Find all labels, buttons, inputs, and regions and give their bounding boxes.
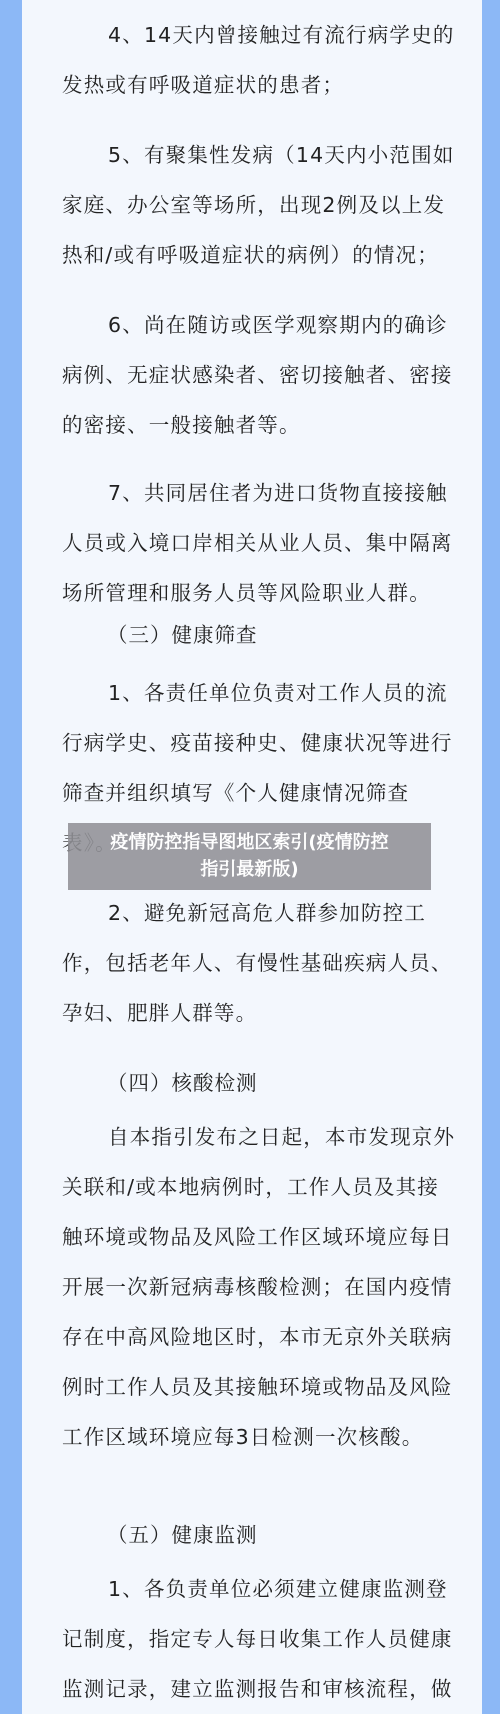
paragraph-item-5: 5、有聚集性发病（14天内小范围如 家庭、办公室等场所，出现2例及以上发 热和/… — [62, 130, 490, 280]
text-line: 发热或有呼吸道症状的患者； — [62, 60, 490, 110]
text-line: 触环境或物品及风险工作区域环境应每日 — [62, 1212, 490, 1262]
text-line: 开展一次新冠病毒核酸检测；在国内疫情 — [62, 1262, 490, 1312]
text-line: 孕妇、肥胖人群等。 — [62, 988, 490, 1038]
paragraph-monitoring-1: 1、各负责单位必须建立健康监测登 记制度，指定专人每日收集工作人员健康 监测记录… — [62, 1564, 490, 1714]
text-line: 病例、无症状感染者、密切接触者、密接 — [62, 350, 490, 400]
section-heading-3: （三）健康筛查 — [107, 610, 258, 660]
paragraph-nucleic-acid: 自本指引发布之日起，本市发现京外 关联和/或本地病例时，工作人员及其接 触环境或… — [62, 1112, 490, 1462]
text-line: 2、避免新冠高危人群参加防控工 — [62, 888, 490, 938]
section-heading-4: （四）核酸检测 — [107, 1058, 258, 1108]
text-line: 存在中高风险地区时，本市无京外关联病 — [62, 1312, 490, 1362]
text-line: 的密接、一般接触者等。 — [62, 400, 490, 450]
text-line: 1、各负责单位必须建立健康监测登 — [62, 1564, 490, 1614]
text-line: 作，包括老年人、有慢性基础疾病人员、 — [62, 938, 490, 988]
overlay-title-line-2: 指引最新版) — [68, 856, 431, 883]
section-heading-5: （五）健康监测 — [107, 1510, 258, 1560]
text-line: 监测记录，建立监测报告和审核流程，做 — [62, 1664, 490, 1714]
text-line: 5、有聚集性发病（14天内小范围如 — [62, 130, 490, 180]
text-line: 关联和/或本地病例时，工作人员及其接 — [62, 1162, 490, 1212]
paragraph-screening-2: 2、避免新冠高危人群参加防控工 作，包括老年人、有慢性基础疾病人员、 孕妇、肥胖… — [62, 888, 490, 1038]
text-line: 7、共同居住者为进口货物直接接触 — [62, 468, 490, 518]
text-line: 行病学史、疫苗接种史、健康状况等进行 — [62, 718, 490, 768]
text-line: 4、14天内曾接触过有流行病学史的 — [62, 10, 490, 60]
text-line: 筛查并组织填写《个人健康情况筛查 — [62, 768, 490, 818]
text-line: 家庭、办公室等场所，出现2例及以上发 — [62, 180, 490, 230]
text-line: 例时工作人员及其接触环境或物品及风险 — [62, 1362, 490, 1412]
paragraph-item-7: 7、共同居住者为进口货物直接接触 人员或入境口岸相关从业人员、集中隔离 场所管理… — [62, 468, 490, 618]
overlay-title-line-1: 疫情防控指导图地区索引(疫情防控 — [68, 829, 431, 856]
paragraph-item-4: 4、14天内曾接触过有流行病学史的 发热或有呼吸道症状的患者； — [62, 10, 490, 110]
text-line: 记制度，指定专人每日收集工作人员健康 — [62, 1614, 490, 1664]
text-line: 自本指引发布之日起，本市发现京外 — [62, 1112, 490, 1162]
text-line: 工作区域环境应每3日检测一次核酸。 — [62, 1412, 490, 1462]
text-line: 6、尚在随访或医学观察期内的确诊 — [62, 300, 490, 350]
paragraph-item-6: 6、尚在随访或医学观察期内的确诊 病例、无症状感染者、密切接触者、密接 的密接、… — [62, 300, 490, 450]
text-line: 1、各责任单位负责对工作人员的流 — [62, 668, 490, 718]
text-line: 人员或入境口岸相关从业人员、集中隔离 — [62, 518, 490, 568]
text-line: 热和/或有呼吸道症状的病例）的情况； — [62, 230, 490, 280]
title-overlay-banner: 疫情防控指导图地区索引(疫情防控 指引最新版) — [68, 823, 431, 890]
